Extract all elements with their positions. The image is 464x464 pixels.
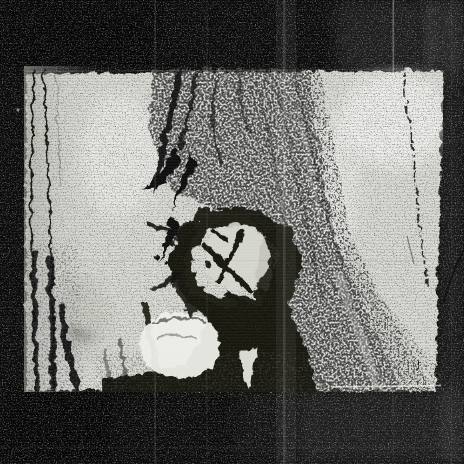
global-dust bbox=[0, 0, 464, 464]
copier-artifacts bbox=[0, 0, 464, 464]
photocopy-artwork bbox=[0, 0, 464, 464]
photocopy-screenshot: High-contrast black-and-white photocopy-… bbox=[0, 0, 464, 464]
